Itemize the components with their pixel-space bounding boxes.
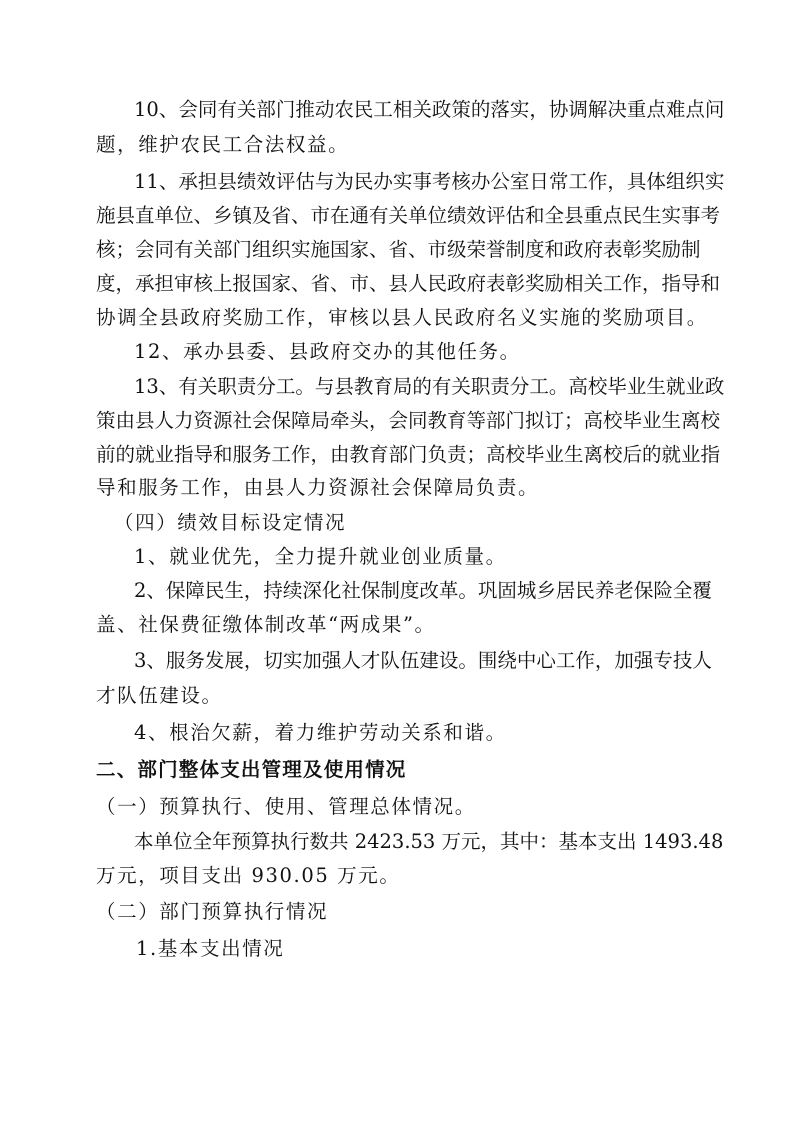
text-line: 本单位全年预算执行数共 2423.53 万元，其中：基本支出 1493.48	[134, 830, 693, 854]
text-line: （二）部门预算执行情况	[96, 900, 328, 924]
text-line: 4、根治欠薪，着力维护劳动关系和谐。	[134, 721, 507, 745]
text-line: 度，承担审核上报国家、省、市、县人民政府表彰奖励相关工作，指导和	[96, 272, 693, 296]
text-line: 3、服务发展，切实加强人才队伍建设。围绕中心工作，加强专技人	[134, 649, 693, 673]
text-line: 2、保障民生，持续深化社保制度改革。巩固城乡居民养老保险全覆	[134, 579, 693, 603]
text-line: 题，维护农民工合法权益。	[96, 133, 349, 157]
text-line: 11、承担县绩效评估与为民办实事考核办公室日常工作，具体组织实	[134, 170, 693, 194]
text-line: 12、承办县委、县政府交办的其他任务。	[134, 340, 521, 364]
text-line: 万元，项目支出 930.05 万元。	[96, 864, 400, 888]
text-line: 盖、社保费征缴体制改革“两成果”。	[96, 613, 436, 637]
text-line: 导和服务工作，由县人力资源社会保障局负责。	[96, 476, 539, 500]
text-line: 1.基本支出情况	[136, 937, 284, 961]
text-line: 13、有关职责分工。与县教育局的有关职责分工。高校毕业生就业政	[134, 375, 693, 399]
text-line: 1、就业优先，全力提升就业创业质量。	[134, 545, 507, 569]
text-line: 才队伍建设。	[96, 684, 223, 708]
text-line: 核；会同有关部门组织实施国家、省、市级荣誉制度和政府表彰奖励制	[96, 238, 693, 262]
text-line: 协调全县政府奖励工作，审核以县人民政府名义实施的奖励项目。	[96, 306, 708, 330]
text-line: 施县直单位、乡镇及省、市在通有关单位绩效评估和全县重点民生实事考	[96, 204, 693, 228]
text-line: （一）预算执行、使用、管理总体情况。	[96, 795, 476, 819]
text-line: 策由县人力资源社会保障局牵头，会同教育等部门拟订；高校毕业生离校	[96, 409, 693, 433]
text-line: （四）绩效目标设定情况	[114, 511, 346, 535]
section-heading: 二、部门整体支出管理及使用情况	[96, 758, 407, 782]
text-line: 前的就业指导和服务工作，由教育部门负责；高校毕业生离校后的就业指	[96, 443, 693, 467]
text-line: 10、会同有关部门推动农民工相关政策的落实，协调解决重点难点问	[134, 98, 693, 122]
